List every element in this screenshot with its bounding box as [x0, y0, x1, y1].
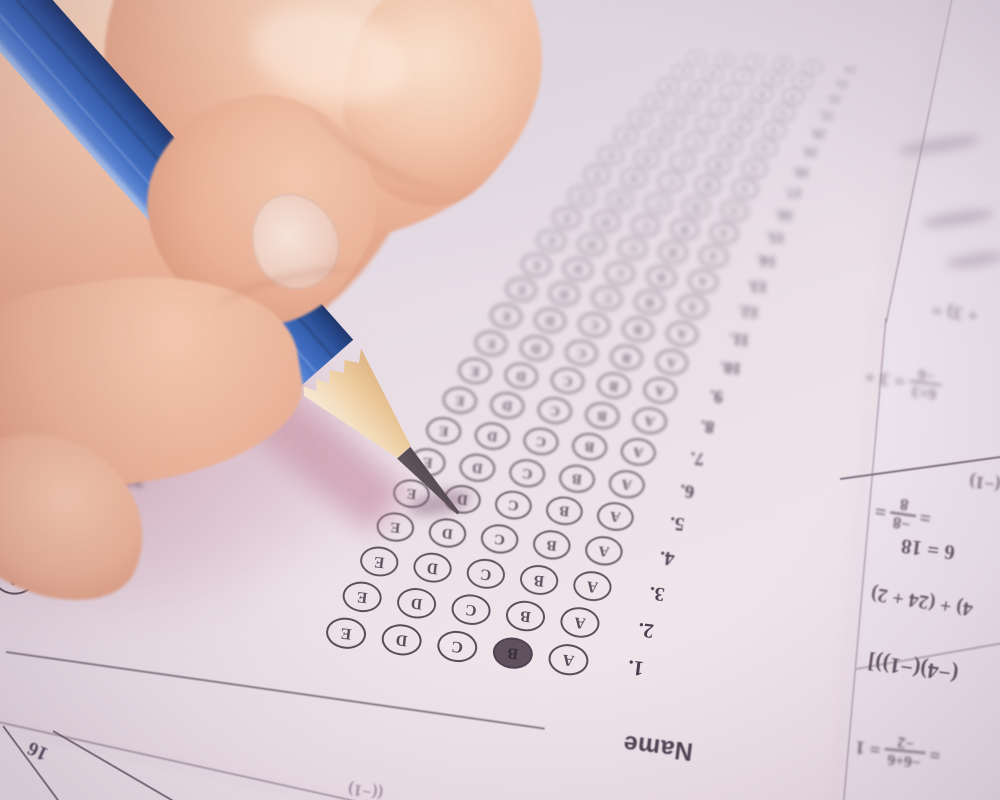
bubble-E: E	[552, 206, 582, 230]
bubble-B: B	[491, 635, 534, 671]
bubble-B: B	[505, 599, 547, 634]
question-number: 1.	[627, 654, 682, 685]
bubble-E: E	[567, 184, 596, 208]
bubble-D: D	[562, 256, 594, 282]
bubble-A: A	[665, 320, 699, 348]
bubble-A: A	[34, 451, 79, 487]
question-number: 35.	[88, 536, 144, 568]
bubble-B: B	[571, 431, 609, 462]
bubble-C: C	[604, 260, 636, 286]
bubble-A: A	[608, 468, 647, 500]
photo-test-answer-sheet: { "answer_sheet": { "name_label": "Name"…	[0, 0, 1000, 800]
question-number: 4.	[658, 546, 709, 575]
question-number: 7.	[689, 447, 737, 474]
bubble-E: E	[441, 385, 478, 415]
bubble-C: C	[617, 236, 648, 261]
bubble-C: C	[694, 114, 720, 135]
question-number: 34.	[74, 573, 130, 605]
bubble-C: C	[550, 366, 586, 395]
bubble-A: A	[698, 244, 729, 269]
bubble-C: C	[479, 523, 520, 556]
bubble-B: B	[545, 495, 585, 527]
bubble-A: A	[547, 642, 590, 678]
bubble-E: E	[612, 126, 638, 147]
bubble-D: D	[533, 307, 567, 335]
bubble-E: E	[457, 357, 493, 386]
bubble-D: D	[503, 362, 539, 391]
bubble-B: B	[739, 100, 764, 120]
bubble-D: D	[605, 188, 634, 212]
bubble-B: B	[558, 463, 597, 495]
question-number: 20.	[809, 126, 841, 144]
bubble-D: D	[674, 95, 699, 115]
bubble-C: C	[630, 213, 660, 237]
name-field-label: Name	[621, 728, 694, 765]
bubble-B: B	[0, 408, 36, 444]
question-number: 19.	[801, 144, 835, 162]
bubble-A: A	[619, 436, 657, 467]
bubble-C: C	[682, 132, 708, 153]
bubble-A: A	[596, 501, 636, 533]
bubble-A: A	[761, 120, 787, 141]
bubble-B: B	[634, 289, 667, 316]
question-number: 23.	[834, 77, 863, 93]
bubble-D: D	[396, 586, 438, 621]
question-number: 12.	[738, 302, 780, 325]
bubble-D: D	[518, 334, 553, 362]
bubble-E: E	[521, 252, 553, 278]
bubble-C: C	[564, 338, 599, 366]
question-number: 6.	[679, 479, 728, 506]
bubble-C: C	[591, 285, 624, 312]
question-number: 11.	[728, 329, 771, 353]
question-number: 24.	[842, 63, 870, 78]
bubble-C: C	[465, 557, 506, 591]
bubble-E: E	[341, 580, 383, 615]
question-number: 16.	[775, 205, 812, 225]
bubble-C: C	[577, 311, 611, 339]
question-number: 17.	[783, 184, 819, 204]
bubble-C: C	[450, 592, 492, 627]
question-number: 14.	[756, 252, 795, 274]
bubble-B: B	[596, 371, 632, 400]
question-number: 5.	[669, 512, 719, 540]
bubble-C: C	[707, 97, 732, 117]
bubble-A: A	[709, 221, 739, 245]
bubble-D: D	[488, 390, 525, 420]
bubble-D: D	[591, 209, 621, 233]
bubble-B: B	[646, 264, 678, 290]
bubble-D: D	[548, 281, 581, 308]
bubble-B: B	[0, 481, 7, 517]
bubble-A: A	[0, 560, 36, 596]
question-number: 22.	[826, 92, 856, 108]
question-number: 36.	[102, 500, 158, 532]
bubble-D: D	[714, 51, 736, 69]
bubble-D: D	[473, 420, 511, 451]
bubble-E: E	[686, 49, 708, 67]
bubble-E: E	[505, 277, 538, 304]
bubble-C: C	[643, 191, 672, 215]
bubble-B: B	[583, 401, 620, 431]
question-number: 18.	[792, 163, 827, 182]
bubble-E: E	[324, 615, 367, 651]
bubble-E: E	[642, 92, 667, 112]
bubble-D: D	[577, 232, 608, 257]
bubble-A: A	[584, 534, 625, 567]
bubble-A: A	[687, 268, 719, 294]
bubble-A: A	[801, 58, 823, 76]
bubble-A: A	[571, 569, 612, 603]
bubble-D: D	[647, 129, 673, 150]
bubble-D: D	[661, 111, 687, 132]
bubble-C: C	[508, 457, 547, 489]
bubble-B: B	[518, 563, 559, 597]
bubble-C: C	[743, 53, 765, 71]
bubble-E: E	[597, 144, 624, 166]
question-number: 37.	[116, 463, 172, 495]
question-number: 15.	[766, 228, 804, 249]
bubble-E: E	[473, 329, 508, 357]
bubble-B: B	[682, 195, 711, 219]
bubble-C: C	[536, 396, 573, 426]
bubble-C: C	[656, 170, 684, 193]
bubble-B: B	[705, 154, 732, 176]
bubble-E: E	[582, 164, 610, 187]
bubble-A: A	[730, 177, 758, 200]
question-number: 8.	[699, 416, 745, 442]
bubble-B: B	[531, 529, 572, 562]
bubble-D: D	[380, 622, 423, 658]
bubble-A: A	[48, 414, 93, 450]
bubble-E: E	[536, 228, 567, 253]
bubble-A: A	[720, 198, 749, 222]
bubble-A: A	[6, 524, 51, 560]
bubble-A: A	[654, 348, 689, 376]
question-number: 10.	[719, 357, 763, 382]
bubble-A: A	[676, 294, 709, 321]
bubble-D: D	[619, 167, 647, 190]
bubble-C: C	[522, 426, 560, 457]
bubble-B: B	[609, 343, 644, 371]
bubble-C: C	[669, 151, 696, 173]
bubble-A: A	[751, 138, 777, 159]
bubble-B: B	[716, 135, 742, 156]
question-number: 3.	[648, 581, 700, 611]
bubble-A: A	[771, 103, 796, 123]
bubble-A: A	[642, 376, 678, 405]
bubble-A: A	[559, 605, 601, 640]
bubble-D: D	[412, 551, 453, 585]
bubble-B: B	[728, 117, 754, 138]
question-number: 13.	[747, 276, 788, 298]
bubble-D: D	[633, 147, 660, 169]
question-number: 38.	[130, 427, 186, 459]
bubble-E: E	[358, 545, 399, 579]
bubble-B: B	[693, 174, 721, 197]
bubble-C: C	[436, 629, 479, 665]
bubble-A: A	[631, 406, 668, 436]
bubble-B: B	[772, 56, 794, 74]
bubble-E: E	[489, 302, 523, 330]
bubble-B: B	[670, 217, 700, 241]
question-number: 21.	[818, 108, 849, 125]
bubble-E: E	[627, 108, 653, 129]
bubble-A: A	[741, 157, 768, 179]
bubble-B: B	[658, 240, 689, 265]
question-number: 9.	[709, 386, 754, 411]
question-number: 2.	[637, 617, 690, 647]
bubble-B: B	[0, 444, 21, 480]
bubble-C: C	[494, 489, 534, 521]
bubble-A: A	[20, 487, 65, 523]
bubble-B: B	[621, 316, 655, 344]
